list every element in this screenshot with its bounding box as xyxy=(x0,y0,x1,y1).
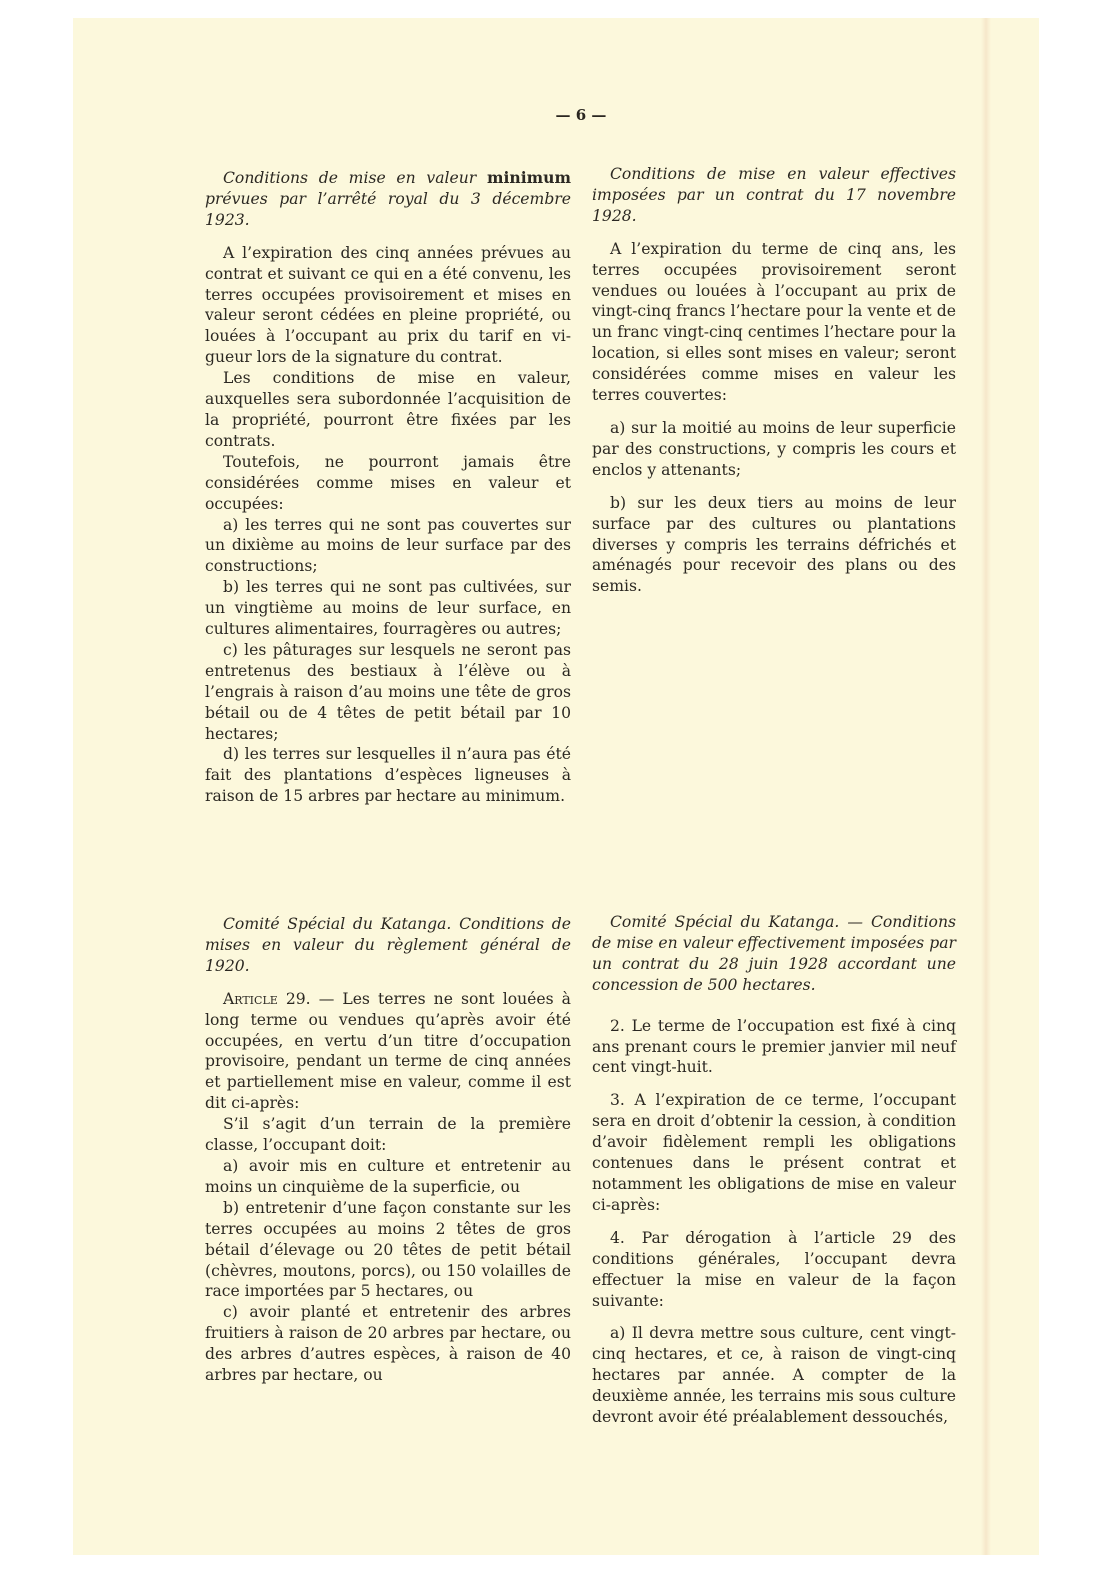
list-item: b) entretenir d’une façon constante sur … xyxy=(205,1198,571,1303)
list-item: c) les pâturages sur lesquels ne se­ront… xyxy=(205,640,571,745)
list-item: a) Il devra mettre sous culture, cent vi… xyxy=(592,1323,956,1428)
section-minimum-conditions-1923: Conditions de mise en valeur minimum pré… xyxy=(205,168,571,807)
section-csk-contract-1928: Comité Spécial du Katanga. — Conditions … xyxy=(592,912,956,1428)
paragraph: S’il s’agit d’un terrain de la pre­mière… xyxy=(205,1114,571,1156)
list-item: c) avoir planté et entretenir des arbres… xyxy=(205,1302,571,1386)
article-paragraph: Article 29. — Les terres ne sont louées … xyxy=(205,989,571,1114)
paragraph: A l’expiration des cinq années pré­vues … xyxy=(205,243,571,368)
section-heading: Conditions de mise en valeur effec­tives… xyxy=(592,164,956,227)
paragraph: 2. Le terme de l’occupation est fixé à c… xyxy=(592,1016,956,1079)
list-item: a) sur la moitié au moins de leur superf… xyxy=(592,418,956,481)
article-label: Article 29. xyxy=(223,990,311,1008)
section-heading: Conditions de mise en valeur minimum pré… xyxy=(205,168,571,231)
list-item: b) sur les deux tiers au moins de leur s… xyxy=(592,493,956,598)
list-item: b) les terres qui ne sont pas culti­vées… xyxy=(205,577,571,640)
section-csk-reglement-1920: Comité Spécial du Katanga. Con­ditions d… xyxy=(205,914,571,1386)
paragraph: 4. Par dérogation à l’article 29 des con… xyxy=(592,1228,956,1312)
section-heading: Comité Spécial du Katanga. — Conditions … xyxy=(592,912,956,996)
paragraph: Toutefois, ne pourront jamais être consi… xyxy=(205,452,571,515)
paragraph: Les conditions de mise en valeur, auxque… xyxy=(205,368,571,452)
paragraph: A l’expiration du terme de cinq ans, les… xyxy=(592,239,956,406)
list-item: a) avoir mis en culture et entrete­nir a… xyxy=(205,1156,571,1198)
paragraph: 3. A l’expiration de ce terme, l’oc­cupa… xyxy=(592,1090,956,1215)
list-item: a) les terres qui ne sont pas couver­tes… xyxy=(205,515,571,578)
list-item: d) les terres sur lesquelles il n’aura p… xyxy=(205,744,571,807)
section-effective-conditions-1928: Conditions de mise en valeur effec­tives… xyxy=(592,164,956,597)
document-page: — 6 — Conditions de mise en valeur minim… xyxy=(73,18,1039,1555)
section-heading: Comité Spécial du Katanga. Con­ditions d… xyxy=(205,914,571,977)
page-number: — 6 — xyxy=(541,106,621,124)
